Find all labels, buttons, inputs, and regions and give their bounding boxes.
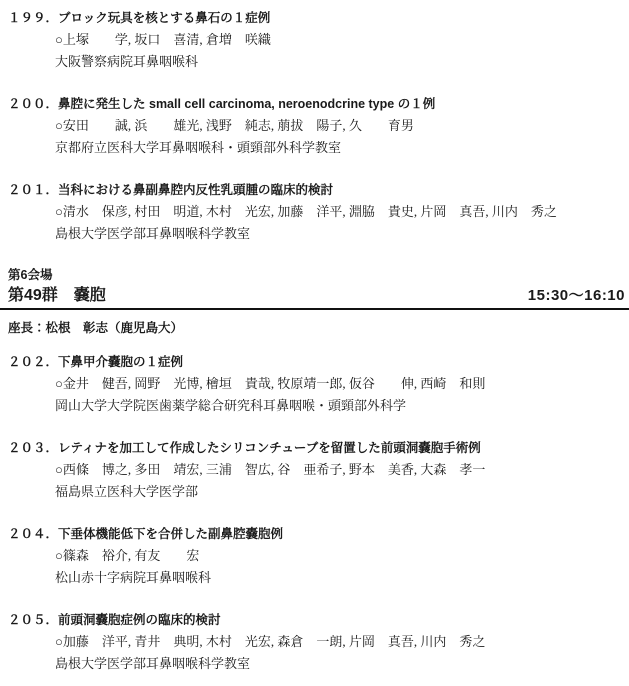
entry-authors: ○加藤 洋平, 青井 典明, 木村 光宏, 森倉 一朗, 片岡 真吾, 川内 秀… [55, 631, 629, 653]
session-group-row: 第49群 嚢胞 15:30〜16:10 [0, 287, 629, 310]
entry-title: 下垂体機能低下を合併した副鼻腔嚢胞例 [58, 523, 283, 545]
entry-affiliation: 島根大学医学部耳鼻咽喉科学教室 [55, 223, 629, 245]
entry-authors: ○清水 保彦, 村田 明道, 木村 光宏, 加藤 洋平, 淵脇 貴史, 片岡 真… [55, 201, 629, 223]
session-time: 15:30〜16:10 [528, 287, 625, 305]
entry-number: ２０２． [8, 351, 58, 373]
entry-header: ２０４． 下垂体機能低下を合併した副鼻腔嚢胞例 [8, 523, 629, 545]
entry-affiliation: 福島県立医科大学医学部 [55, 481, 629, 503]
entry-header: ２０５． 前頭洞嚢胞症例の臨床的検討 [8, 609, 629, 631]
entry-title: 下鼻甲介嚢胞の１症例 [58, 351, 183, 373]
entry-number: ２０４． [8, 523, 58, 545]
entry-header: ２０３． レティナを加工して作成したシリコンチューブを留置した前頭洞嚢胞手術例 [8, 437, 629, 459]
abstract-entry: ２０２． 下鼻甲介嚢胞の１症例 ○金井 健吾, 岡野 光博, 檜垣 貴哉, 牧原… [0, 351, 629, 417]
entry-number: ２００． [8, 93, 58, 115]
entry-authors: ○篠森 裕介, 有友 宏 [55, 545, 629, 567]
entry-affiliation: 島根大学医学部耳鼻咽喉科学教室 [55, 653, 629, 675]
entry-authors: ○西條 博之, 多田 靖宏, 三浦 智広, 谷 亜希子, 野本 美香, 大森 孝… [55, 459, 629, 481]
entry-authors: ○金井 健吾, 岡野 光博, 檜垣 貴哉, 牧原靖一郎, 仮谷 伸, 西崎 和則 [55, 373, 629, 395]
entry-affiliation: 岡山大学大学院医歯薬学総合研究科耳鼻咽喉・頭頸部外科学 [55, 395, 629, 417]
entry-affiliation: 京都府立医科大学耳鼻咽喉科・頭頸部外科学教室 [55, 137, 629, 159]
entry-number: １９９． [8, 7, 58, 29]
conference-program-page: １９９． ブロック玩具を核とする鼻石の１症例 ○上塚 学, 坂口 喜清, 倉増 … [0, 0, 629, 686]
entry-title: 前頭洞嚢胞症例の臨床的検討 [58, 609, 221, 631]
entry-header: ２０２． 下鼻甲介嚢胞の１症例 [8, 351, 629, 373]
abstract-entry: ２０４． 下垂体機能低下を合併した副鼻腔嚢胞例 ○篠森 裕介, 有友 宏 松山赤… [0, 523, 629, 589]
session-header: 第6会場 第49群 嚢胞 15:30〜16:10 座長：松根 彰志（鹿児島大） [0, 265, 629, 338]
session-group-title: 第49群 嚢胞 [8, 287, 106, 305]
entry-affiliation: 松山赤十字病院耳鼻咽喉科 [55, 567, 629, 589]
entry-authors: ○上塚 学, 坂口 喜清, 倉増 咲織 [55, 29, 629, 51]
abstract-entry: ２０３． レティナを加工して作成したシリコンチューブを留置した前頭洞嚢胞手術例 … [0, 437, 629, 503]
entry-affiliation: 大阪警察病院耳鼻咽喉科 [55, 51, 629, 73]
entry-title: 当科における鼻副鼻腔内反性乳頭腫の臨床的検討 [58, 179, 333, 201]
abstract-entry: ２０５． 前頭洞嚢胞症例の臨床的検討 ○加藤 洋平, 青井 典明, 木村 光宏,… [0, 609, 629, 675]
entry-title: ブロック玩具を核とする鼻石の１症例 [58, 7, 270, 29]
entry-number: ２０１． [8, 179, 58, 201]
session-chair: 座長：松根 彰志（鹿児島大） [0, 318, 629, 338]
entry-header: １９９． ブロック玩具を核とする鼻石の１症例 [8, 7, 629, 29]
abstract-entry: ２０１． 当科における鼻副鼻腔内反性乳頭腫の臨床的検討 ○清水 保彦, 村田 明… [0, 179, 629, 245]
entry-header: ２０１． 当科における鼻副鼻腔内反性乳頭腫の臨床的検討 [8, 179, 629, 201]
abstract-entry: １９９． ブロック玩具を核とする鼻石の１症例 ○上塚 学, 坂口 喜清, 倉増 … [0, 7, 629, 73]
entry-title: 鼻腔に発生した small cell carcinoma, neroenodcr… [58, 93, 435, 115]
entry-number: ２０３． [8, 437, 58, 459]
session-venue: 第6会場 [0, 265, 629, 285]
entry-header: ２００． 鼻腔に発生した small cell carcinoma, neroe… [8, 93, 629, 115]
entry-authors: ○安田 誠, 浜 雄光, 浅野 純志, 萠拔 陽子, 久 育男 [55, 115, 629, 137]
entry-number: ２０５． [8, 609, 58, 631]
entry-title: レティナを加工して作成したシリコンチューブを留置した前頭洞嚢胞手術例 [58, 437, 481, 459]
abstract-entry: ２００． 鼻腔に発生した small cell carcinoma, neroe… [0, 93, 629, 159]
